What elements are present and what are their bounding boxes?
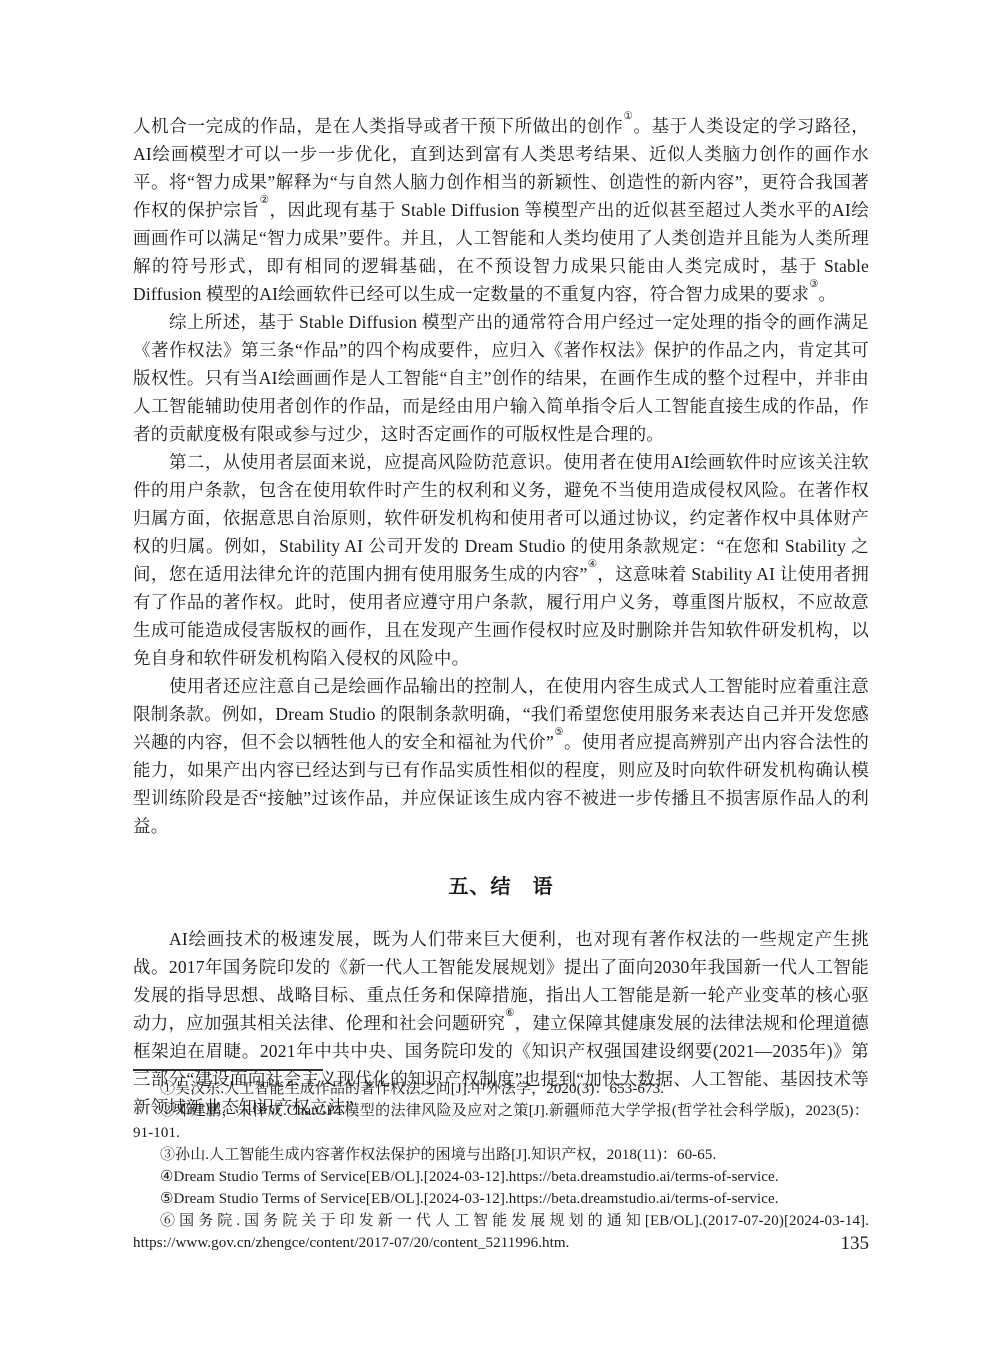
footnote-item: ④Dream Studio Terms of Service[EB/OL].[2… xyxy=(133,1166,869,1188)
paragraph: 综上所述，基于 Stable Diffusion 模型产出的通常符合用户经过一定… xyxy=(133,308,869,448)
footnote-item: ③孙山.人工智能生成内容著作权法保护的困境与出路[J].知识产权，2018(11… xyxy=(133,1144,869,1166)
section-heading: 五、结 语 xyxy=(133,870,869,899)
paragraph: 人机合一完成的作品，是在人类指导或者干预下所做出的创作①。基于人类设定的学习路径… xyxy=(133,112,869,308)
footnote-divider xyxy=(133,1069,323,1071)
page-number: 135 xyxy=(133,1233,871,1255)
footnote-list: ①吴汉东.人工智能生成作品的著作权法之问[J].中外法学，2020(3)：653… xyxy=(133,1078,869,1254)
body-content: 人机合一完成的作品，是在人类指导或者干预下所做出的创作①。基于人类设定的学习路径… xyxy=(133,112,869,1121)
footnote-ref: ③ xyxy=(809,279,818,290)
footnote-ref: ⑥ xyxy=(505,1008,514,1019)
footnote-ref: ② xyxy=(260,195,270,206)
footnote-area: ①吴汉东.人工智能生成作品的著作权法之问[J].中外法学，2020(3)：653… xyxy=(133,1062,869,1254)
paragraph: 第二，从使用者层面来说，应提高风险防范意识。使用者在使用AI绘画软件时应该关注软… xyxy=(133,448,869,672)
footnote-item: ①吴汉东.人工智能生成作品的著作权法之问[J].中外法学，2020(3)：653… xyxy=(133,1078,869,1100)
footnote-item: ②邓建鹏，朱怿成.ChatGPT模型的法律风险及应对之策[J].新疆师范大学学报… xyxy=(133,1100,869,1144)
footnote-ref: ⑤ xyxy=(554,727,564,738)
paragraph: 使用者还应注意自己是绘画作品输出的控制人，在使用内容生成式人工智能时应着重注意限… xyxy=(133,672,869,840)
footnote-item: ⑤Dream Studio Terms of Service[EB/OL].[2… xyxy=(133,1188,869,1210)
footnote-ref: ④ xyxy=(588,559,598,570)
footnote-ref: ① xyxy=(623,111,633,122)
paper-page: 人机合一完成的作品，是在人类指导或者干预下所做出的创作①。基于人类设定的学习路径… xyxy=(0,0,1000,1347)
